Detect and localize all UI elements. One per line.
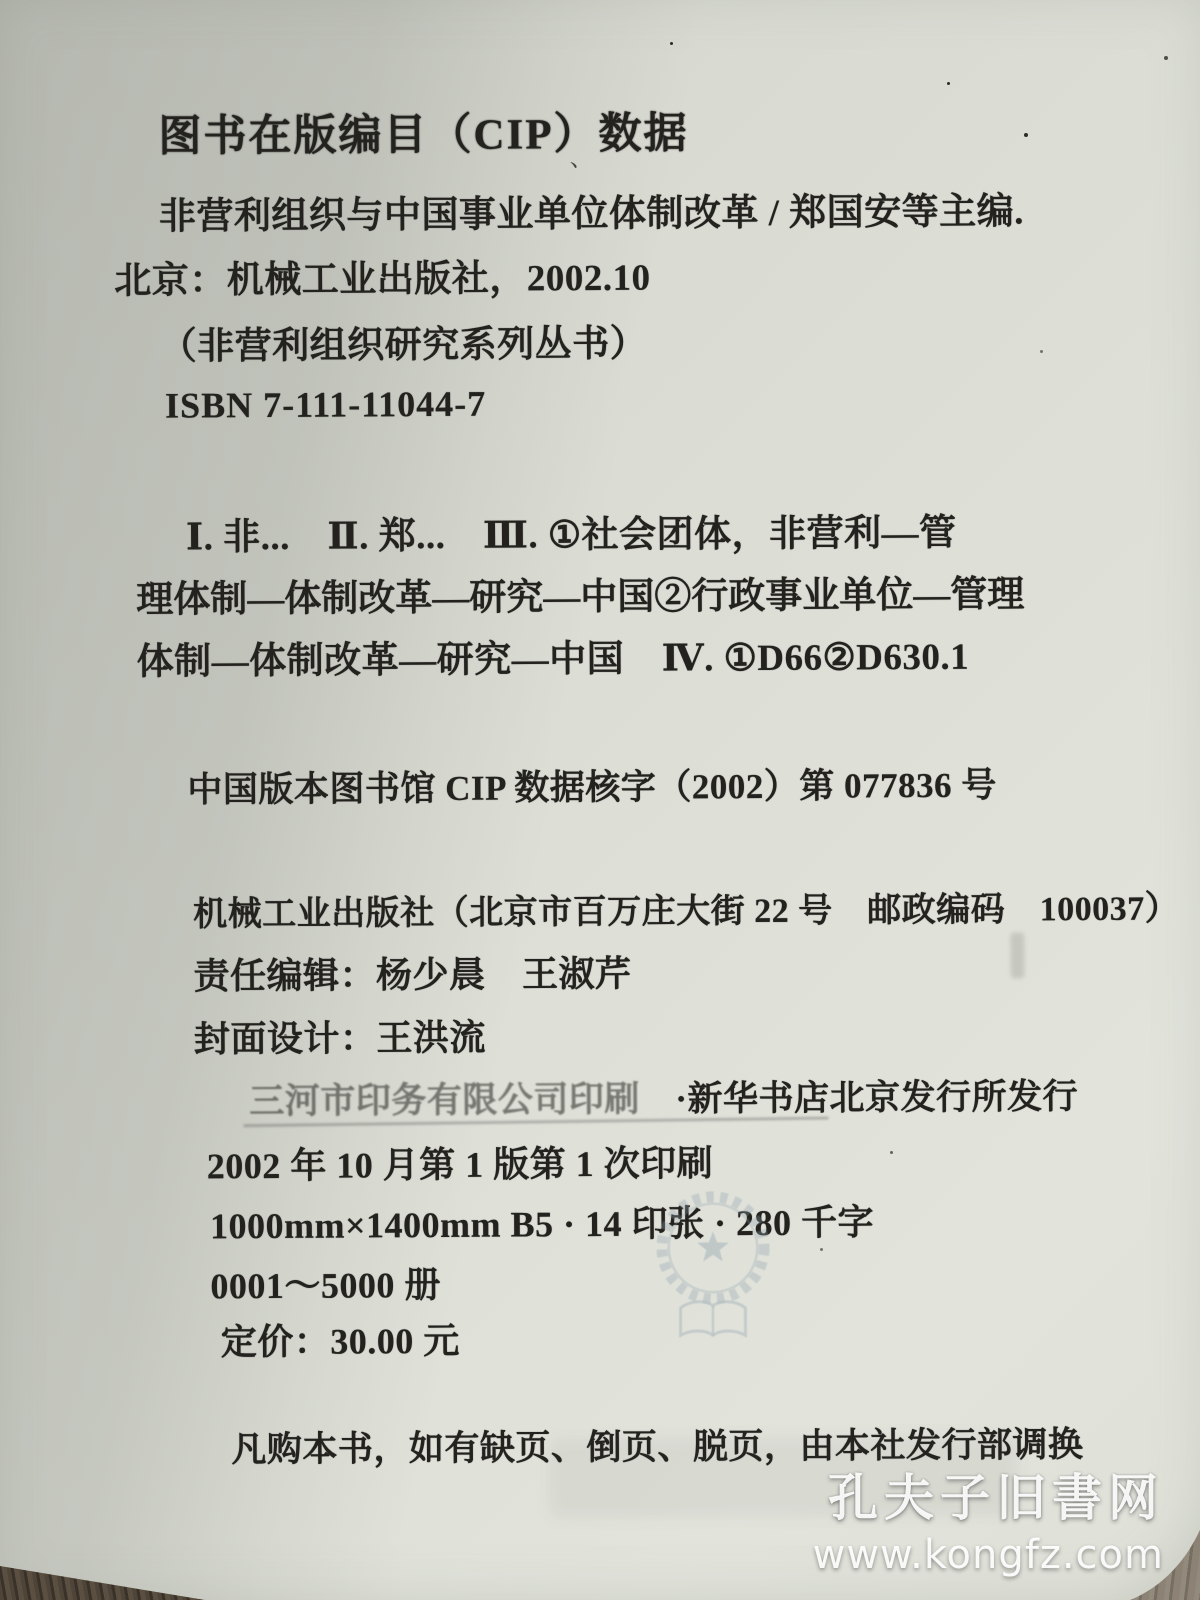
title-statement-line: 非营利组织与中国事业单位体制改革 / 郑国安等主编. — [159, 180, 1024, 239]
cover-design-line: 封面设计：王洪流 — [194, 1010, 486, 1063]
paper-speck — [820, 1248, 823, 1251]
faint-ink-mark — [1010, 932, 1024, 978]
paper-speck — [1024, 133, 1028, 137]
stray-ink-mark: 、 — [569, 138, 593, 173]
cip-heading: 图书在版编目（CIP）数据 — [158, 99, 688, 163]
cip-text-block: 图书在版编目（CIP）数据 非营利组织与中国事业单位体制改革 / 郑国安等主编.… — [0, 0, 1200, 1600]
edition-impression-line: 2002 年 10 月第 1 版第 1 次印刷 — [207, 1135, 714, 1189]
printer-name: 三河市印务有限公司印刷 — [249, 1080, 640, 1121]
price-line: 定价：30.00 元 — [221, 1313, 460, 1365]
responsible-editors-line: 责任编辑：杨少晨 王淑芹 — [193, 946, 631, 1000]
cip-record-number-line: 中国版本图书馆 CIP 数据核字（2002）第 077836 号 — [187, 758, 997, 813]
paper-speck — [947, 82, 950, 85]
print-run-line: 0001～5000 册 — [210, 1257, 441, 1309]
paper-speck — [1164, 56, 1168, 60]
paper-speck — [284, 1034, 287, 1037]
publication-line: 北京：机械工业出版社，2002.10 — [114, 247, 651, 304]
classification-line-1: Ⅰ. 非... Ⅱ. 郑... Ⅲ. ①社会团体，非营利—管 — [186, 502, 957, 561]
quality-seal-stamp-icon — [629, 1186, 797, 1358]
isbn-line: ISBN 7-111-11044-7 — [165, 383, 486, 427]
kongfz-watermark: 孔夫子旧書网 www.kongfz.com — [813, 1458, 1164, 1578]
paper-speck — [890, 1151, 893, 1154]
watermark-site-name: 孔夫子旧書网 — [813, 1458, 1164, 1530]
paper-speck — [670, 42, 673, 45]
publisher-address-line: 机械工业出版社（北京市百万庄大街 22 号 邮政编码 100037） — [193, 880, 1179, 935]
printer-distributor-line: 三河市印务有限公司印刷 ·新华书店北京发行所发行 — [249, 1069, 1078, 1124]
classification-line-3: 体制—体制改革—研究—中国 Ⅳ. ①D66②D630.1 — [136, 626, 969, 685]
series-line: （非营利组织研究系列丛书） — [160, 313, 648, 370]
distributor-name: ·新华书店北京发行所发行 — [640, 1077, 1078, 1119]
classification-line-2: 理体制—体制改革—研究—中国②行政事业单位—管理 — [136, 563, 1024, 622]
watermark-site-url: www.kongfz.com — [813, 1532, 1164, 1578]
book-copyright-page: 图书在版编目（CIP）数据 非营利组织与中国事业单位体制改革 / 郑国安等主编.… — [0, 0, 1200, 1600]
book-page-photo: 图书在版编目（CIP）数据 非营利组织与中国事业单位体制改革 / 郑国安等主编.… — [0, 0, 1200, 1600]
paper-speck — [1040, 350, 1043, 353]
